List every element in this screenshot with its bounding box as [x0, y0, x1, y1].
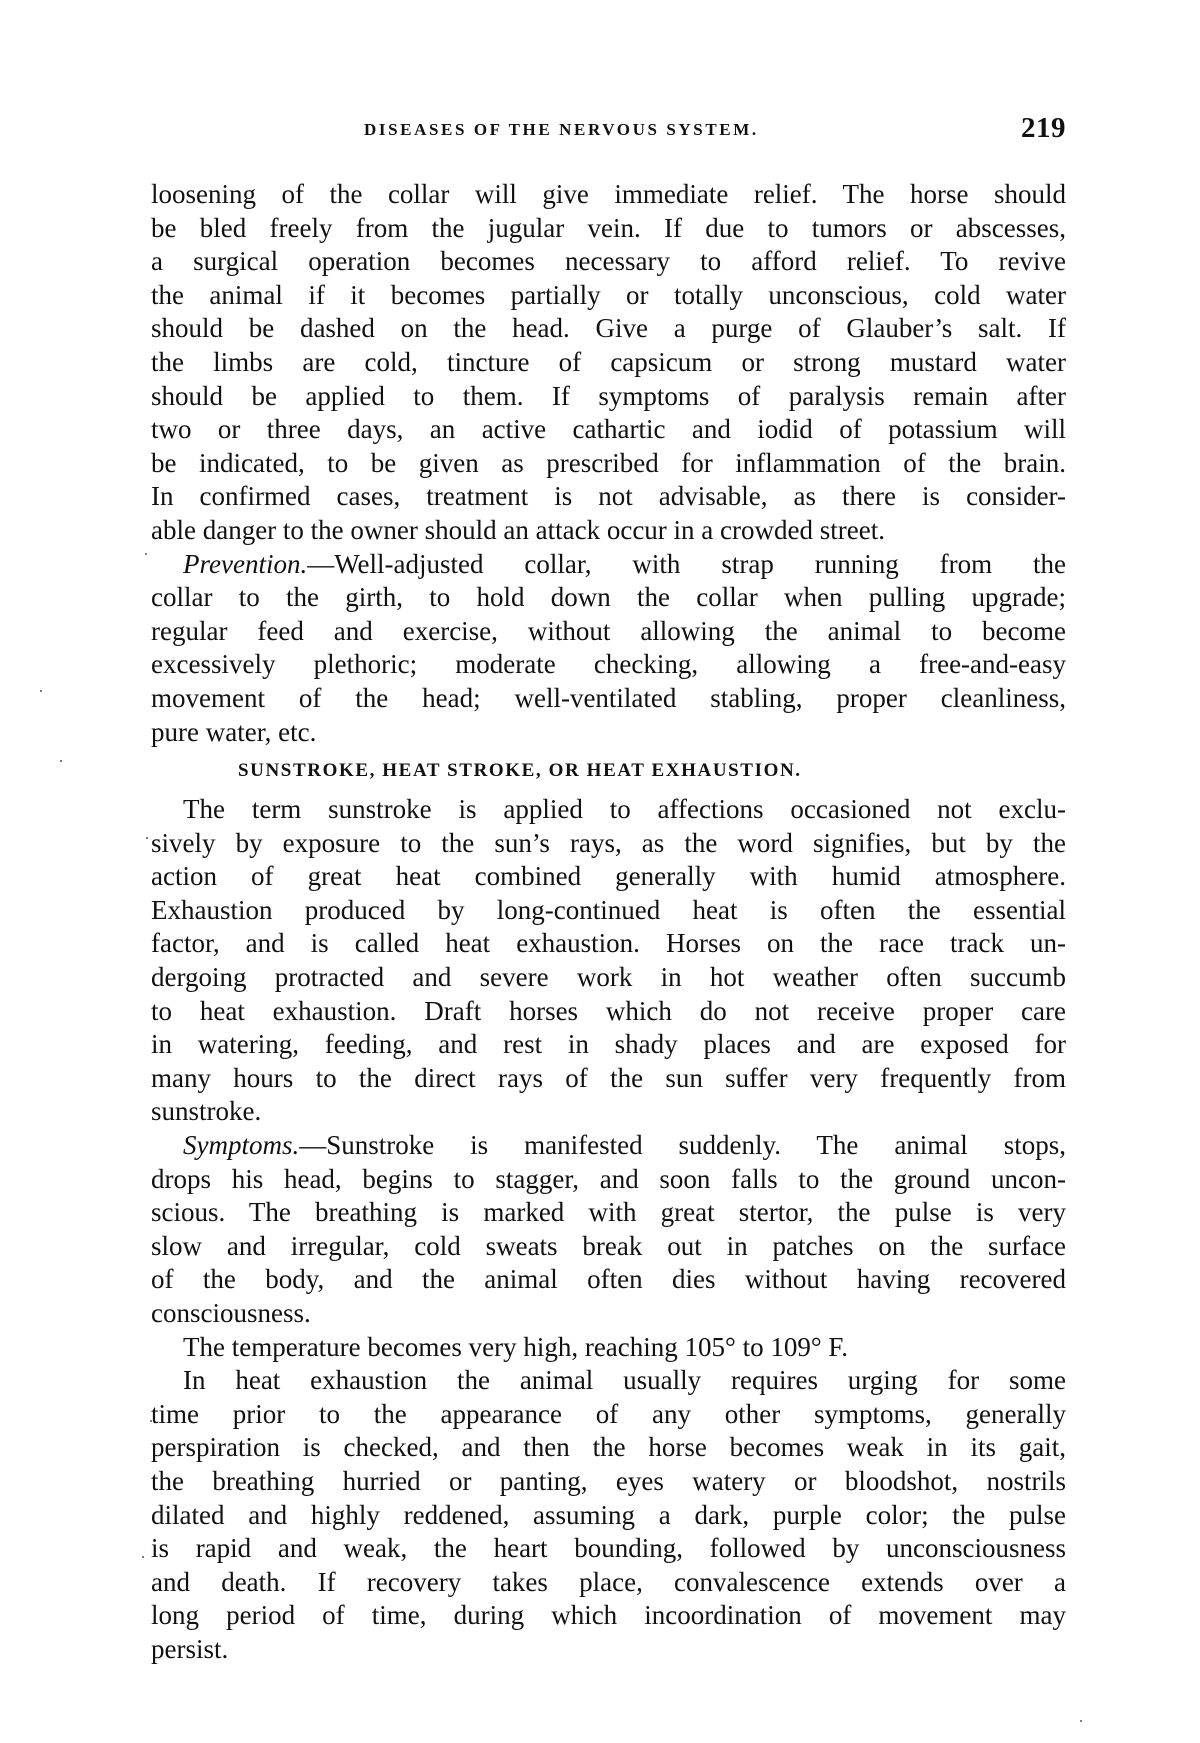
text-line: loosening of the collar will give immedi… [151, 178, 1066, 212]
book-page: DISEASES OF THE NERVOUS SYSTEM. 219 loos… [0, 0, 1200, 1743]
text-line: action of great heat combined generally … [151, 860, 1066, 894]
text-line: Symptoms.—Sunstroke is manifested sudden… [151, 1129, 1066, 1163]
text-line: slow and irregular, cold sweats break ou… [151, 1230, 1066, 1264]
text-line: Exhaustion produced by long-continued he… [151, 894, 1066, 928]
text-line: Prevention.—Well-adjusted collar, with s… [151, 548, 1066, 582]
text-line: the breathing hurried or panting, eyes w… [151, 1465, 1066, 1499]
paragraph-temperature: The temperature becomes very high, reach… [151, 1331, 1066, 1365]
text-line: many hours to the direct rays of the sun… [151, 1062, 1066, 1096]
text-line: a surgical operation becomes necessary t… [151, 245, 1066, 279]
text-line: long period of time, during which incoor… [151, 1599, 1066, 1633]
paragraph-symptoms: Symptoms.—Sunstroke is manifested sudden… [151, 1129, 1066, 1331]
text-line: the limbs are cold, tincture of capsicum… [151, 346, 1066, 380]
text-line: time prior to the appearance of any othe… [151, 1398, 1066, 1432]
running-head: DISEASES OF THE NERVOUS SYSTEM. 219 [151, 112, 1066, 146]
run-in-label-prevention: Prevention. [183, 549, 307, 579]
text-line: In heat exhaustion the animal usually re… [151, 1364, 1066, 1398]
page-number: 219 [1021, 112, 1066, 145]
run-in-label-symptoms: Symptoms. [183, 1130, 299, 1160]
text-line: dilated and highly reddened, assuming a … [151, 1499, 1066, 1533]
text-line: collar to the girth, to hold down the co… [151, 581, 1066, 615]
text-line: The term sunstroke is applied to affecti… [151, 793, 1066, 827]
paragraph-sunstroke-intro: The term sunstroke is applied to affecti… [151, 793, 1066, 1129]
scan-speck [150, 1420, 152, 1422]
text-line: is rapid and weak, the heart bounding, f… [151, 1532, 1066, 1566]
scan-speck [146, 837, 148, 839]
text-run: —Well-adjusted collar, with strap runnin… [307, 549, 1066, 579]
scan-speck [145, 553, 147, 555]
text-line: scious. The breathing is marked with gre… [151, 1196, 1066, 1230]
text-line: excessively plethoric; moderate checking… [151, 648, 1066, 682]
text-line: perspiration is checked, and then the ho… [151, 1431, 1066, 1465]
text-line: two or three days, an active cathartic a… [151, 413, 1066, 447]
paragraph-prevention: Prevention.—Well-adjusted collar, with s… [151, 548, 1066, 750]
text-line: should be applied to them. If symptoms o… [151, 380, 1066, 414]
scan-speck [40, 690, 42, 692]
scan-speck [1080, 1720, 1082, 1722]
text-line: should be dashed on the head. Give a pur… [151, 312, 1066, 346]
text-line: pure water, etc. [151, 716, 1066, 750]
paragraph-heat-exhaustion: In heat exhaustion the animal usually re… [151, 1364, 1066, 1666]
text-line: The temperature becomes very high, reach… [151, 1331, 1066, 1365]
text-line: dergoing protracted and severe work in h… [151, 961, 1066, 995]
text-line: of the body, and the animal often dies w… [151, 1263, 1066, 1297]
text-line: drops his head, begins to stagger, and s… [151, 1163, 1066, 1197]
text-line: able danger to the owner should an attac… [151, 514, 1066, 548]
text-line: the animal if it becomes partially or to… [151, 279, 1066, 313]
text-line: sively by exposure to the sun’s rays, as… [151, 827, 1066, 861]
text-line: and death. If recovery takes place, conv… [151, 1566, 1066, 1600]
text-line: movement of the head; well-ventilated st… [151, 682, 1066, 716]
text-run: —Sunstroke is manifested suddenly. The a… [299, 1130, 1066, 1160]
paragraph-treatment-continued: loosening of the collar will give immedi… [151, 178, 1066, 548]
text-line: sunstroke. [151, 1095, 1066, 1129]
text-line: in watering, feeding, and rest in shady … [151, 1028, 1066, 1062]
running-head-title: DISEASES OF THE NERVOUS SYSTEM. [364, 120, 759, 140]
scan-speck [60, 760, 62, 762]
text-line: factor, and is called heat exhaustion. H… [151, 927, 1066, 961]
body-text: loosening of the collar will give immedi… [151, 178, 1066, 1667]
text-line: be bled freely from the jugular vein. If… [151, 212, 1066, 246]
text-line: In confirmed cases, treatment is not adv… [151, 480, 1066, 514]
text-line: to heat exhaustion. Draft horses which d… [151, 995, 1066, 1029]
text-line: regular feed and exercise, without allow… [151, 615, 1066, 649]
section-heading: SUNSTROKE, HEAT STROKE, OR HEAT EXHAUSTI… [151, 751, 1066, 793]
text-line: be indicated, to be given as prescribed … [151, 447, 1066, 481]
text-line: persist. [151, 1633, 1066, 1667]
scan-speck [142, 1556, 144, 1558]
text-line: consciousness. [151, 1297, 1066, 1331]
